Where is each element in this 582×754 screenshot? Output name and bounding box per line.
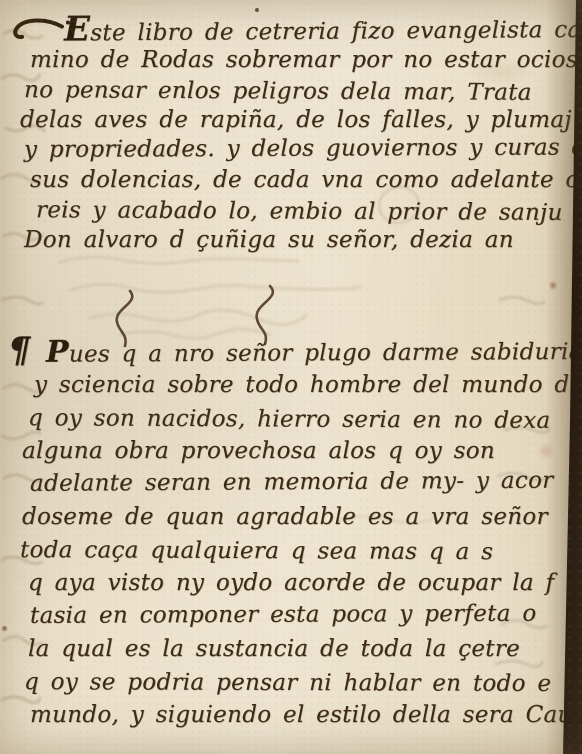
line-text: sus dolencias, de cada vna como adelante…	[30, 165, 580, 195]
manuscript-line: tasia en componer esta poca y perfeta o	[0, 597, 582, 633]
manuscript-line: Don alvaro d çuñiga su señor, dezia an	[0, 225, 582, 255]
paragraph-2: ¶ Pues q a nro señor plugo darme sabidur…	[0, 336, 582, 732]
manuscript-line: mundo, y siguiendo el estilo della sera …	[0, 699, 582, 732]
manuscript-line: y sciencia sobre todo hombre del mundo d…	[0, 369, 582, 402]
line-text: mundo, y siguiendo el estilo della sera …	[30, 699, 582, 732]
manuscript-line: mino de Rodas sobremar por no estar ocio…	[0, 45, 582, 75]
line-text: no pensar enlos peligros dela mar, Trata	[24, 75, 532, 108]
manuscript-line: la qual es la sustancia de toda la çetre	[0, 633, 582, 666]
line-text: alguna obra provechosa alos q oy son	[22, 435, 495, 468]
line-text: q oy son nacidos, hierro seria en no dex…	[28, 402, 551, 438]
manuscript-line: reis y acabado lo, embio al prior de san…	[0, 195, 582, 228]
manuscript-line: q oy se podria pensar ni hablar en todo …	[0, 666, 582, 701]
line-text: Este libro de cetreria fizo evangelista …	[64, 11, 582, 49]
pilcrow-mark: ¶	[8, 333, 31, 369]
manuscript-line: Este libro de cetreria fizo evangelista …	[0, 11, 582, 45]
manuscript-line: sus dolencias, de cada vna como adelante…	[0, 165, 582, 195]
ink-speck	[255, 8, 259, 12]
manuscript-line: delas aves de rapiña, de los falles, y p…	[0, 105, 582, 135]
line-text: y propriedades. y delos guoviernos y cur…	[24, 132, 582, 164]
manuscript-line: adelante seran en memoria de my- y acor	[0, 464, 582, 501]
line-text: toda caça qualquiera q sea mas q a s	[20, 534, 493, 569]
line-text: doseme de quan agradable es a vra señor	[22, 501, 548, 534]
line-text: Pues q a nro señor plugo darme sabiduria	[46, 333, 582, 372]
line-text: la qual es la sustancia de toda la çetre	[28, 633, 520, 666]
paragraph-1: Este libro de cetreria fizo evangelista …	[0, 15, 582, 255]
manuscript-line: q aya visto ny oydo acorde de ocupar la …	[0, 567, 582, 600]
c-swash-opening-mark	[10, 15, 78, 43]
line-text: reis y acabado lo, embio al prior de san…	[36, 195, 563, 228]
line-text: y sciencia sobre todo hombre del mundo d…	[34, 369, 582, 402]
line-text: q aya visto ny oydo acorde de ocupar la …	[28, 567, 554, 600]
line-text: adelante seran en memoria de my- y acor	[30, 465, 554, 501]
manuscript-line: y propriedades. y delos guoviernos y cur…	[0, 132, 582, 165]
manuscript-line: q oy son nacidos, hierro seria en no dex…	[0, 402, 582, 438]
manuscript-page: Este libro de cetreria fizo evangelista …	[0, 0, 582, 754]
manuscript-line: no pensar enlos peligros dela mar, Trata	[0, 75, 582, 108]
line-text: delas aves de rapiña, de los falles, y p…	[20, 105, 572, 135]
manuscript-line: ¶ Pues q a nro señor plugo darme sabidur…	[0, 333, 582, 369]
paper-stain	[549, 280, 557, 291]
manuscript-line: doseme de quan agradable es a vra señor	[0, 501, 582, 534]
line-text: q oy se podria pensar ni hablar en todo …	[24, 666, 551, 701]
manuscript-line: toda caça qualquiera q sea mas q a s	[0, 534, 582, 570]
line-text: Don alvaro d çuñiga su señor, dezia an	[24, 225, 514, 255]
line-text: tasia en componer esta poca y perfeta o	[30, 598, 537, 633]
manuscript-line: alguna obra provechosa alos q oy son	[0, 435, 582, 468]
line-text: mino de Rodas sobremar por no estar ocio…	[30, 45, 582, 75]
